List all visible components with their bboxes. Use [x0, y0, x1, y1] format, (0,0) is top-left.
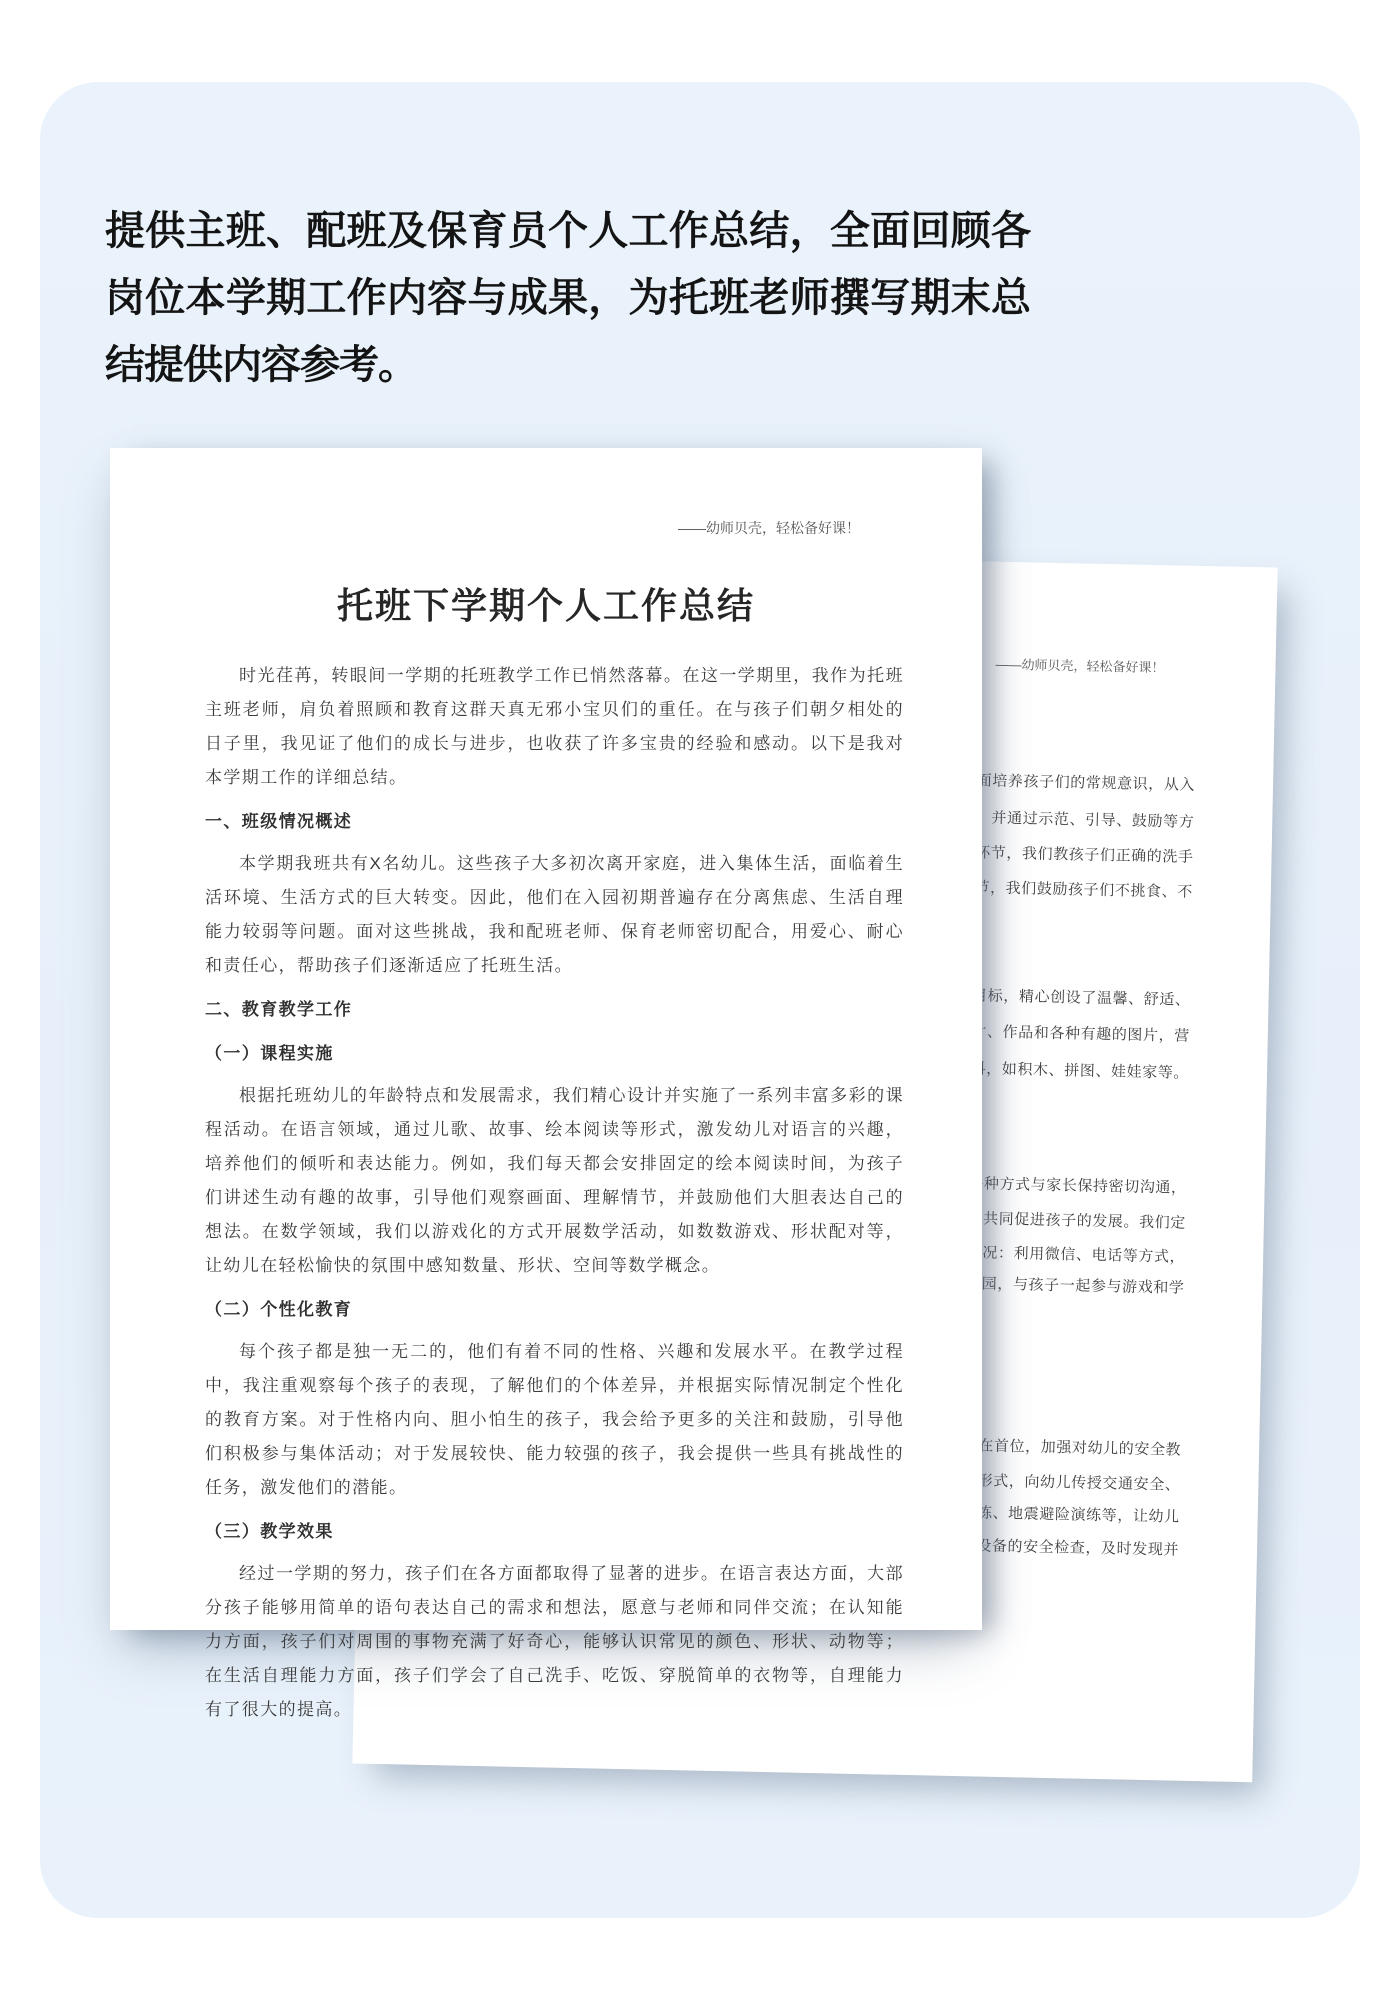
page2-text-fragment: 节，我们鼓励孩子们不挑食、不	[974, 878, 1193, 903]
page2-text-fragment: 放在首位，加强对幼儿的安全教	[963, 1436, 1182, 1461]
doc-subheading: （一）课程实施	[205, 1037, 904, 1071]
page2-text-fragment: ，并通过示范、引导、鼓励等方	[976, 808, 1195, 833]
page2-text-fragment: 各种方式与家长保持密切沟通，	[968, 1174, 1187, 1199]
document-title: 托班下学期个人工作总结	[110, 578, 982, 629]
doc-paragraph: 经过一学期的努力，孩子们在各方面都取得了显著的进步。在语言表达方面，大部分孩子能…	[205, 1557, 904, 1727]
doc-paragraph: 本学期我班共有X名幼儿。这些孩子大多初次离开家庭，进入集体生活，面临着生活环境、…	[205, 847, 904, 983]
doc-paragraph: 每个孩子都是独一无二的，他们有着不同的性格、兴趣和发展水平。在教学过程中，我注重…	[205, 1335, 904, 1505]
page2-text-fragment: 目标，精心创设了温馨、舒适、	[972, 986, 1191, 1011]
doc-section-heading: 二、教育教学工作	[205, 993, 904, 1027]
document-page-1: ——幼师贝壳，轻松备好课！ 托班下学期个人工作总结 时光荏苒，转眼间一学期的托班…	[110, 448, 982, 1630]
page2-text-fragment: 面培养孩子们的常规意识，从入	[976, 771, 1195, 796]
page2-text-fragment: 情况：利用微信、电话等方式，	[967, 1243, 1186, 1268]
page2-text-fragment: 环节，我们教孩子们正确的洗手	[975, 843, 1194, 868]
page2-text-fragment: 幼儿园，与孩子一起参与游戏和学	[950, 1274, 1184, 1299]
page2-text-fragment: ，共同促进孩子的发展。我们定	[967, 1209, 1186, 1234]
page2-text-fragment: 设备的安全检查，及时发现并	[976, 1536, 1179, 1560]
page2-text-fragment: 片、作品和各种有趣的图片，营	[971, 1022, 1190, 1047]
page2-text-fragment: 材料，如积木、拼图、娃娃家等。	[955, 1059, 1189, 1084]
page1-watermark: ——幼师贝壳，轻松备好课！	[110, 518, 982, 538]
page2-watermark: ——幼师贝壳，轻松备好课！	[995, 654, 1164, 677]
document-body: 时光荏苒，转眼间一学期的托班教学工作已悄然落幕。在这一学期里，我作为托班主班老师…	[110, 659, 982, 1727]
doc-subheading: （三）教学效果	[205, 1515, 904, 1549]
doc-paragraph: 时光荏苒，转眼间一学期的托班教学工作已悄然落幕。在这一学期里，我作为托班主班老师…	[205, 659, 904, 795]
promo-headline: 提供主班、配班及保育员个人工作总结，全面回顾各岗位本学期工作内容与成果，为托班老…	[105, 198, 1030, 399]
page2-text-fragment: 演练、地震避险演练等，让幼儿	[961, 1503, 1180, 1528]
doc-paragraph: 根据托班幼儿的年龄特点和发展需求，我们精心设计并实施了一系列丰富多彩的课程活动。…	[205, 1079, 904, 1283]
page2-text-fragment: 等形式，向幼儿传授交通安全、	[962, 1471, 1181, 1496]
doc-section-heading: 一、班级情况概述	[205, 805, 904, 839]
doc-subheading: （二）个性化教育	[205, 1293, 904, 1327]
promo-canvas: 提供主班、配班及保育员个人工作总结，全面回顾各岗位本学期工作内容与成果，为托班老…	[0, 0, 1400, 2000]
